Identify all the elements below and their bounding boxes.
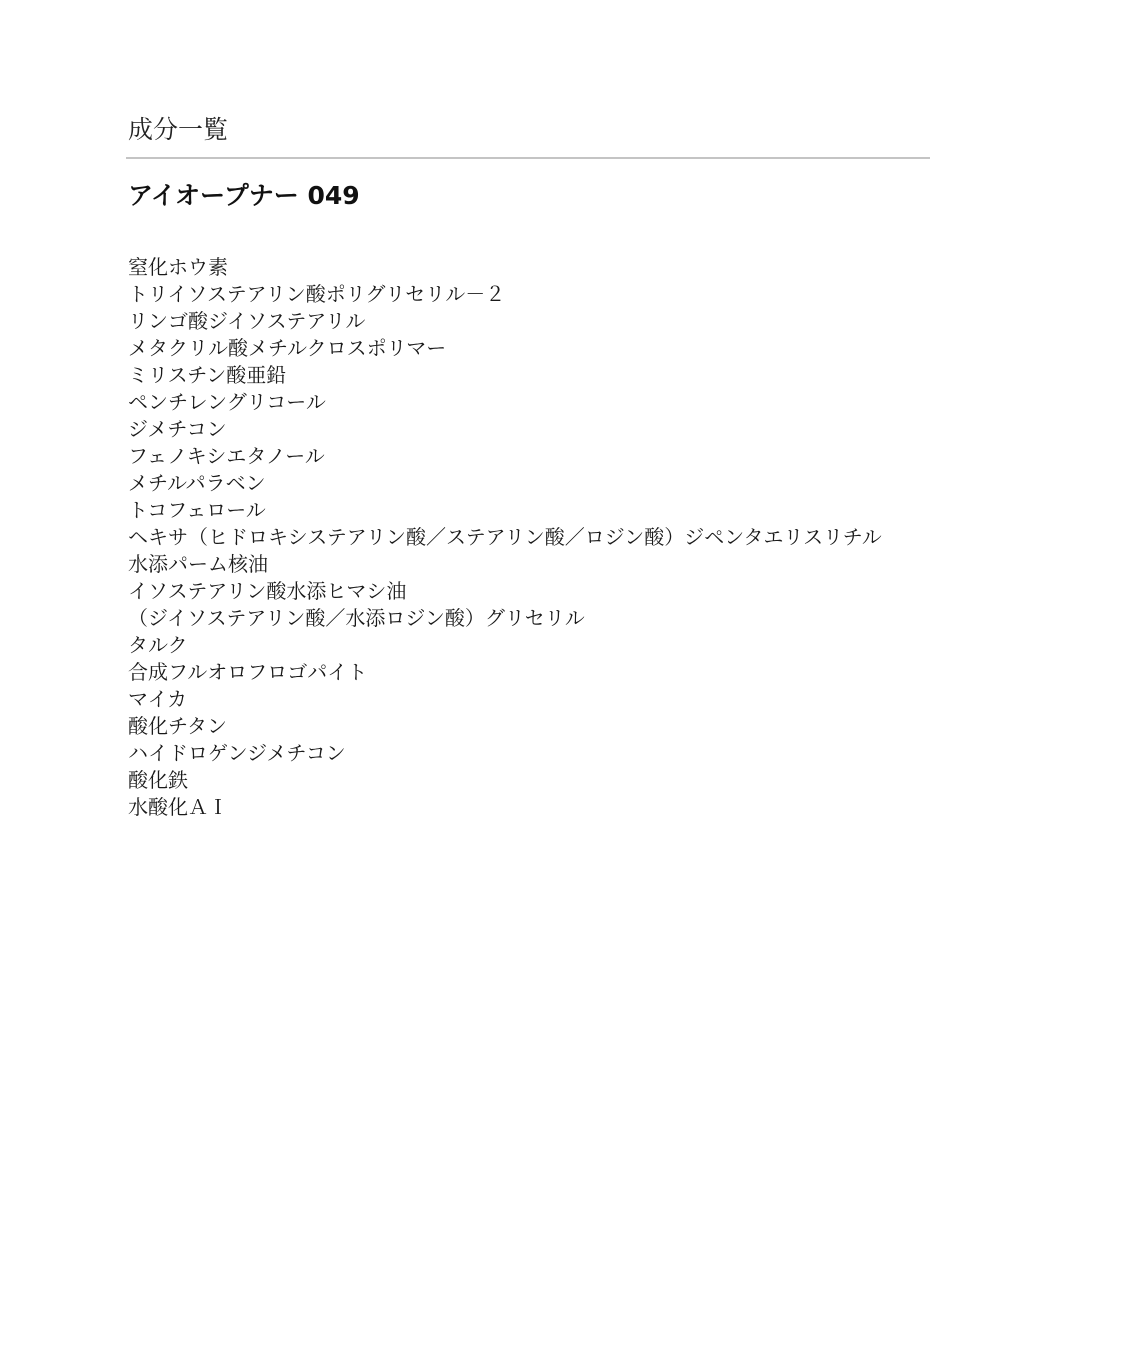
ingredient-item: 水添パーム核油 [128,551,929,578]
ingredient-item: ヘキサ（ヒドロキシステアリン酸／ステアリン酸／ロジン酸）ジペンタエリスリチル [128,524,929,551]
section-title: 成分一覧 [126,108,929,152]
ingredient-item: メチルパラベン [128,470,929,497]
ingredient-item: タルク [128,632,929,659]
section-divider [126,157,930,159]
ingredient-item: トリイソステアリン酸ポリグリセリル－２ [128,281,929,308]
ingredient-item: ジメチコン [128,416,929,443]
ingredient-item: トコフェロール [128,497,929,524]
ingredients-page: 成分一覧 アイオープナー 049 窒化ホウ素 トリイソステアリン酸ポリグリセリル… [126,108,929,821]
ingredient-item: 水酸化ＡＩ [128,794,929,821]
ingredient-item: ペンチレングリコール [128,389,929,416]
ingredient-item: 酸化鉄 [128,767,929,794]
ingredient-item: イソステアリン酸水添ヒマシ油 [128,578,929,605]
ingredient-item: マイカ [128,686,929,713]
ingredient-item: 窒化ホウ素 [128,254,929,281]
ingredient-item: リンゴ酸ジイソステアリル [128,308,929,335]
ingredient-item: （ジイソステアリン酸／水添ロジン酸）グリセリル [128,605,929,632]
ingredient-item: 酸化チタン [128,713,929,740]
product-name: アイオープナー 049 [126,176,929,216]
ingredient-item: フェノキシエタノール [128,443,929,470]
ingredient-item: 合成フルオロフロゴパイト [128,659,929,686]
ingredient-list: 窒化ホウ素 トリイソステアリン酸ポリグリセリル－２ リンゴ酸ジイソステアリル メ… [126,254,929,821]
ingredient-item: メタクリル酸メチルクロスポリマー [128,335,929,362]
ingredient-item: ミリスチン酸亜鉛 [128,362,929,389]
ingredient-item: ハイドロゲンジメチコン [128,740,929,767]
